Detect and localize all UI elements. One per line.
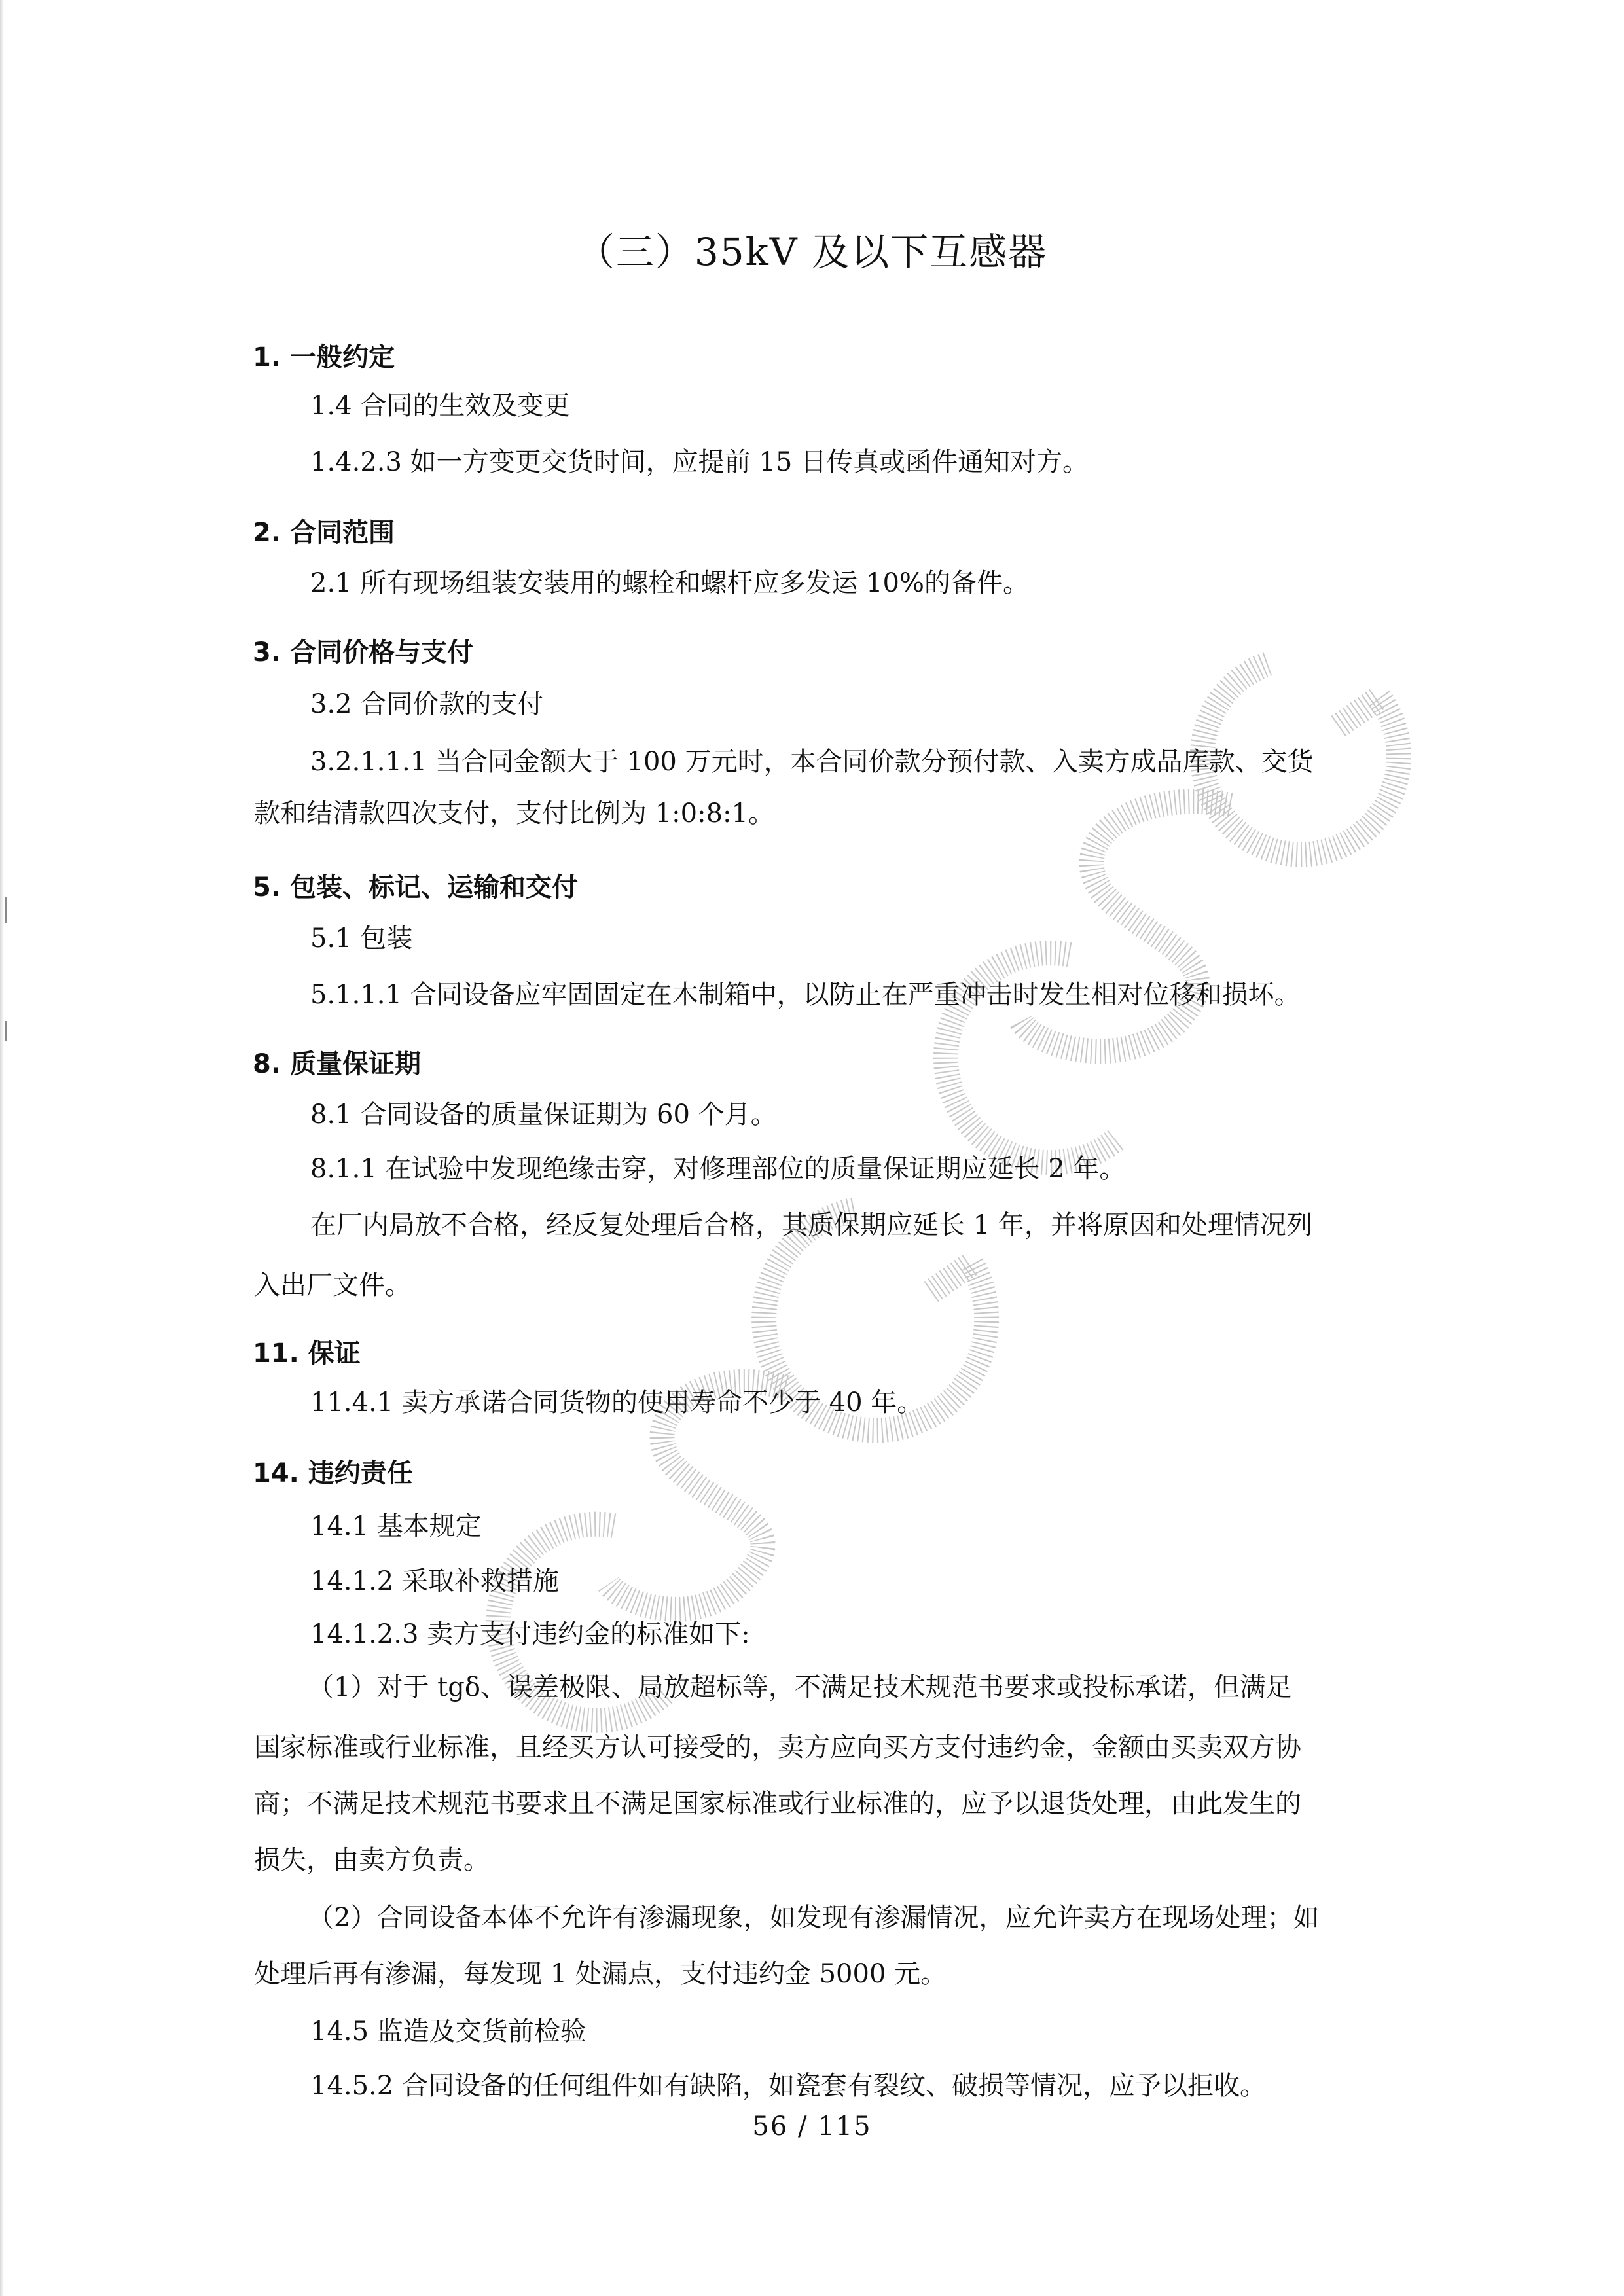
clause: 2.1 所有现场组装安装用的螺栓和螺杆应多发运 10%的备件。 [310,567,1029,599]
clause: 3.2 合同价款的支付 [310,689,543,720]
clause: 14.1.2 采取补救措施 [310,1566,559,1597]
scan-mark [5,897,7,923]
clause: 1.4.2.3 如一方变更交货时间，应提前 15 日传真或函件通知对方。 [310,446,1089,478]
clause: 在厂内局放不合格，经反复处理后合格，其质保期应延长 1 年，并将原因和处理情况列 [310,1210,1312,1241]
document-page: （三）35kV 及以下互感器 1. 一般约定 1.4 合同的生效及变更 1.4.… [0,0,1624,2296]
clause: 1.4 合同的生效及变更 [310,390,569,422]
clause-continuation: 损失，由卖方负责。 [254,1844,490,1876]
section-heading: 8. 质量保证期 [253,1049,421,1080]
section-heading: 1. 一般约定 [253,342,395,373]
clause: 8.1 合同设备的质量保证期为 60 个月。 [310,1099,777,1130]
clause: 5.1.1.1 合同设备应牢固固定在木制箱中，以防止在严重冲击时发生相对位移和损… [310,979,1301,1011]
clause: 8.1.1 在试验中发现绝缘击穿，对修理部位的质量保证期应延长 2 年。 [310,1153,1125,1185]
section-heading: 3. 合同价格与支付 [253,637,473,668]
page-number: 56 / 115 [0,2111,1624,2142]
page-title: （三）35kV 及以下互感器 [0,221,1624,276]
clause: 14.1.2.3 卖方支付违约金的标准如下: [310,1619,750,1650]
csg-watermark [0,0,1624,2296]
clause-continuation: 入出厂文件。 [254,1270,411,1301]
clause: 14.5.2 合同设备的任何组件如有缺陷，如瓷套有裂纹、破损等情况，应予以拒收。 [310,2070,1266,2102]
section-heading: 5. 包装、标记、运输和交付 [253,872,578,903]
clause-continuation: 款和结清款四次支付，支付比例为 1:0:8:1。 [254,798,774,829]
clause-continuation: 国家标准或行业标准，且经买方认可接受的，卖方应向买方支付违约金，金额由买卖双方协 [254,1732,1301,1763]
clause: 3.2.1.1.1 当合同金额大于 100 万元时，本合同价款分预付款、入卖方成… [310,746,1314,778]
section-heading: 11. 保证 [253,1338,361,1369]
clause: （1）对于 tgδ、误差极限、局放超标等，不满足技术规范书要求或投标承诺，但满足 [308,1672,1292,1703]
clause: 11.4.1 卖方承诺合同货物的使用寿命不少于 40 年。 [310,1387,923,1418]
section-heading: 2. 合同范围 [253,517,395,548]
clause-continuation: 处理后再有渗漏，每发现 1 处漏点，支付违约金 5000 元。 [254,1958,947,1990]
clause: 14.5 监造及交货前检验 [310,2016,586,2047]
clause: 14.1 基本规定 [310,1511,482,1542]
clause-continuation: 商；不满足技术规范书要求且不满足国家标准或行业标准的，应予以退货处理，由此发生的 [254,1788,1301,1820]
scan-edge [0,0,4,2296]
clause: （2）合同设备本体不允许有渗漏现象，如发现有渗漏情况，应允许卖方在现场处理；如 [308,1902,1319,1933]
section-heading: 14. 违约责任 [253,1458,413,1489]
scan-mark [5,1021,7,1041]
clause: 5.1 包装 [310,923,412,954]
